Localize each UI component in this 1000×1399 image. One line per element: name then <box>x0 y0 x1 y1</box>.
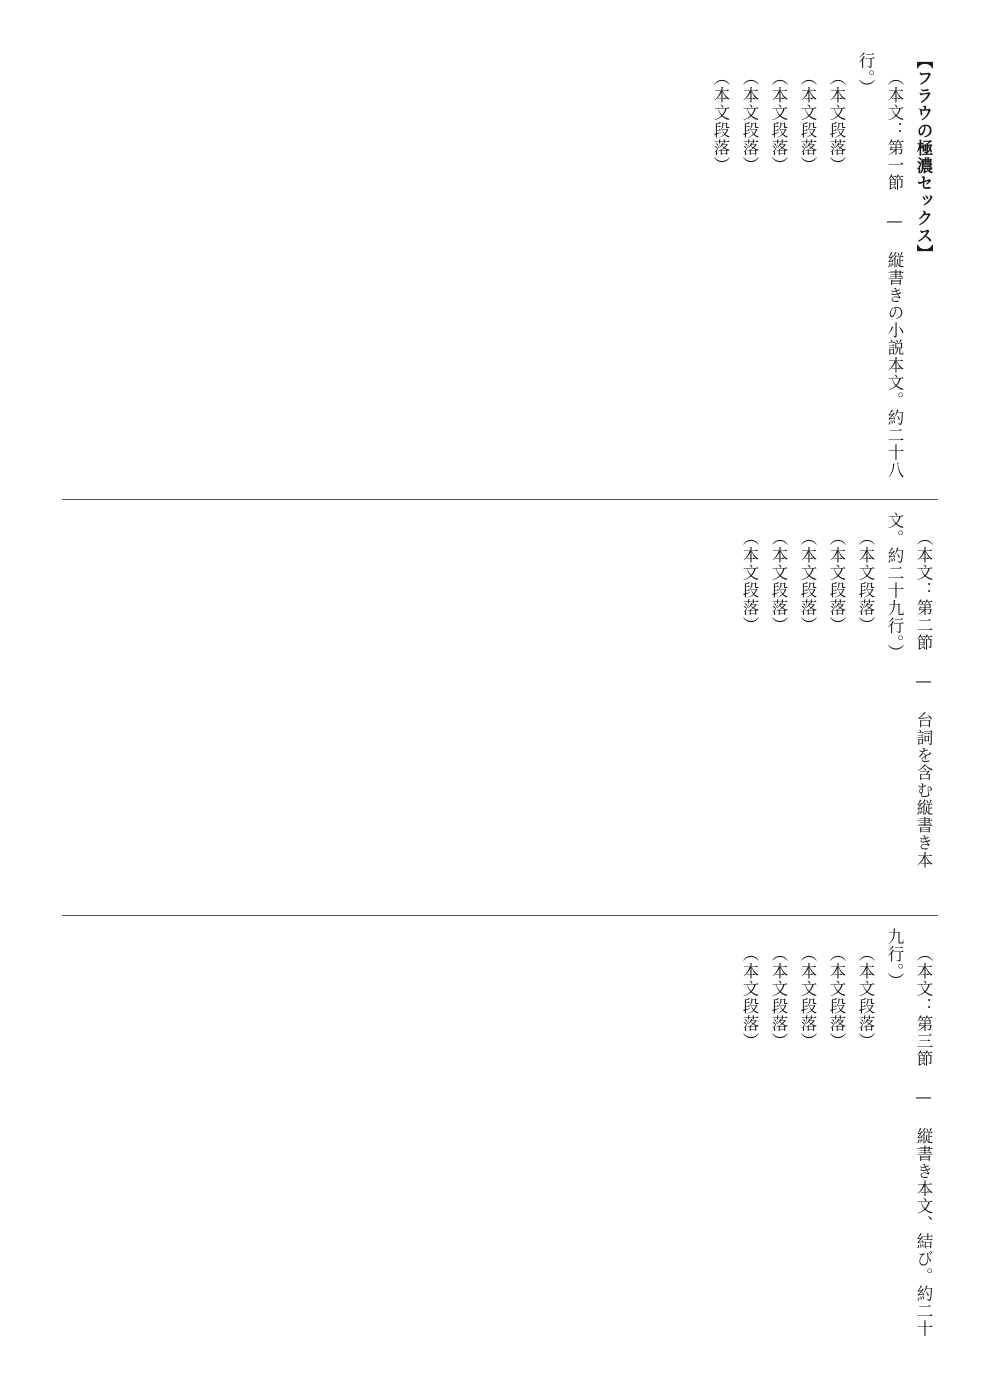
paragraph: （本文段落） <box>764 52 793 482</box>
paragraph: （本文段落） <box>793 512 822 902</box>
section-divider <box>62 915 938 916</box>
section-divider <box>62 499 938 500</box>
paragraph: （本文段落） <box>851 928 880 1348</box>
text-section-1: 【フラウの極濃セックス】 （本文：第一節 — 縦書きの小説本文。約二十八行。） … <box>62 52 938 482</box>
section-heading: 【フラウの極濃セックス】 <box>909 52 938 482</box>
paragraph: （本文段落） <box>822 928 851 1348</box>
paragraph: （本文段落） <box>735 928 764 1348</box>
paragraph: （本文段落） <box>735 512 764 902</box>
paragraph: （本文段落） <box>706 52 735 482</box>
paragraph: （本文段落） <box>793 928 822 1348</box>
paragraph: （本文：第二節 — 台詞を含む縦書き本文。約二十九行。） <box>880 512 938 902</box>
text-section-3: （本文：第三節 — 縦書き本文、結び。約二十九行。） （本文段落） （本文段落）… <box>62 928 938 1348</box>
paragraph: （本文：第一節 — 縦書きの小説本文。約二十八行。） <box>851 52 909 482</box>
paragraph: （本文段落） <box>822 512 851 902</box>
text-section-2: （本文：第二節 — 台詞を含む縦書き本文。約二十九行。） （本文段落） （本文段… <box>62 512 938 902</box>
paragraph: （本文段落） <box>851 512 880 902</box>
vertical-text-column: （本文：第二節 — 台詞を含む縦書き本文。約二十九行。） （本文段落） （本文段… <box>62 512 938 902</box>
document-page: 【フラウの極濃セックス】 （本文：第一節 — 縦書きの小説本文。約二十八行。） … <box>0 0 1000 1399</box>
paragraph: （本文段落） <box>735 52 764 482</box>
paragraph: （本文段落） <box>793 52 822 482</box>
paragraph: （本文：第三節 — 縦書き本文、結び。約二十九行。） <box>880 928 938 1348</box>
vertical-text-column: 【フラウの極濃セックス】 （本文：第一節 — 縦書きの小説本文。約二十八行。） … <box>62 52 938 482</box>
paragraph: （本文段落） <box>822 52 851 482</box>
paragraph: （本文段落） <box>764 512 793 902</box>
paragraph: （本文段落） <box>764 928 793 1348</box>
vertical-text-column: （本文：第三節 — 縦書き本文、結び。約二十九行。） （本文段落） （本文段落）… <box>62 928 938 1348</box>
